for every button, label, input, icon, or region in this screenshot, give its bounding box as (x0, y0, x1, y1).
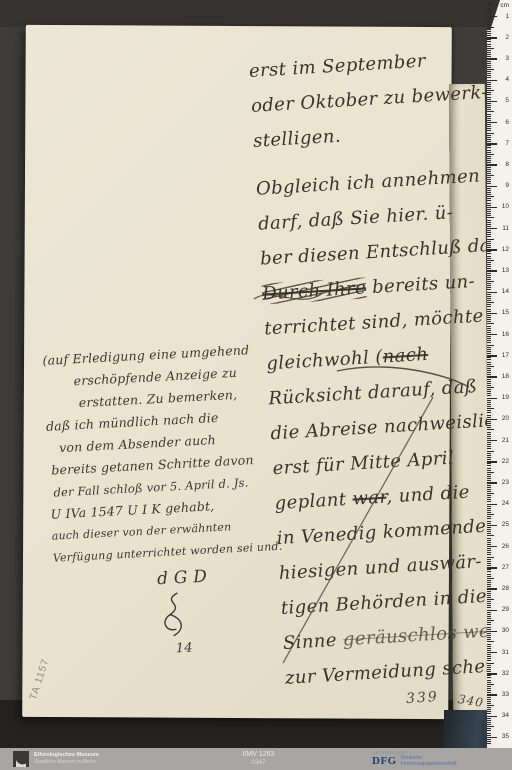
ruler-tick (487, 300, 491, 301)
ruler-tick (487, 410, 491, 411)
ruler-tick (487, 190, 491, 191)
ruler-tick (487, 317, 491, 318)
ruler-tick (487, 637, 491, 638)
ruler-tick (487, 156, 491, 157)
ruler-tick (487, 188, 491, 189)
ruler-tick (487, 741, 491, 742)
handwriting-segment: stelligen. (253, 126, 342, 152)
ruler-tick (487, 277, 491, 278)
ruler-tick (487, 3, 491, 4)
ruler-tick (487, 446, 491, 447)
ruler-tick (487, 24, 491, 25)
ruler-tick (487, 408, 494, 409)
ruler-tick (487, 529, 491, 530)
ruler-tick (487, 658, 491, 659)
ruler-tick (487, 226, 491, 227)
ruler-tick (487, 402, 491, 403)
ruler-tick (487, 124, 491, 125)
ruler-tick (487, 474, 491, 475)
ruler-number: 29 (502, 606, 509, 613)
ruler-tick (487, 20, 491, 21)
ruler-tick (487, 364, 491, 365)
ruler-tick (487, 412, 491, 413)
ruler-tick (487, 703, 491, 704)
ruler-tick (487, 239, 494, 240)
footer-museum: Ethnologisches Museum Staatliche Museen … (13, 751, 173, 767)
ruler-tick (487, 603, 491, 604)
ruler-tick (487, 370, 491, 371)
ruler-tick (487, 582, 491, 583)
ruler-tick (487, 654, 491, 655)
ruler-tick (487, 417, 491, 418)
ruler-tick (487, 671, 491, 672)
ruler-tick (487, 90, 494, 91)
ruler-number: 8 (505, 161, 509, 168)
ruler-tick (487, 739, 491, 740)
ruler-tick (487, 160, 491, 161)
ruler-tick (487, 565, 491, 566)
ruler-tick (487, 722, 491, 723)
ruler-tick (487, 5, 494, 6)
marginal-annotation-block: (auf Erledigung eine umgehenderschöpfend… (42, 339, 273, 667)
ruler-tick (487, 506, 491, 507)
ruler-tick (487, 480, 491, 481)
ruler-tick (487, 179, 491, 180)
ruler-tick (487, 84, 491, 85)
ruler-tick (487, 453, 491, 454)
ruler-tick (487, 527, 491, 528)
ruler-tick (487, 150, 491, 151)
ruler-number: 17 (502, 352, 509, 359)
ruler-tick (487, 571, 491, 572)
ruler-tick (487, 39, 491, 40)
ruler-tick (487, 709, 491, 710)
ruler-tick (487, 468, 491, 469)
ruler-tick (487, 338, 491, 339)
ruler-tick (487, 220, 491, 221)
ruler-tick (487, 472, 494, 473)
ruler-tick (487, 217, 494, 218)
ruler-tick (487, 728, 491, 729)
ruler-tick (487, 31, 491, 32)
ruler-tick (487, 538, 491, 539)
ruler-tick (487, 593, 491, 594)
ruler-tick (487, 650, 491, 651)
ruler-tick (487, 495, 491, 496)
ruler-tick (487, 27, 494, 28)
ruler-tick (487, 111, 494, 112)
ruler-unit-label: cm (500, 2, 509, 9)
ruler-number: 32 (502, 670, 509, 677)
ruler-tick (487, 427, 491, 428)
ruler-tick (487, 215, 491, 216)
ruler-tick (487, 251, 491, 252)
ruler-tick (487, 733, 491, 734)
ruler-number: 15 (502, 309, 509, 316)
handwriting-segment: erst im September (248, 50, 426, 81)
ruler-tick (487, 169, 491, 170)
ruler-tick (487, 743, 491, 744)
ruler-tick (487, 10, 491, 11)
ruler-tick (487, 162, 491, 163)
ruler-tick (487, 289, 491, 290)
ruler-tick (487, 268, 491, 269)
ruler-tick (487, 697, 491, 698)
ruler-tick (487, 557, 494, 558)
ruler-tick (487, 273, 491, 274)
ruler-tick (487, 141, 491, 142)
ruler-tick (487, 726, 494, 727)
ruler-tick (487, 550, 491, 551)
ruler-tick (487, 209, 491, 210)
ruler-tick (487, 48, 494, 49)
ruler-number: 35 (502, 733, 509, 740)
ruler-number: 1 (505, 13, 509, 20)
ruler-tick (487, 213, 491, 214)
ruler-number: 22 (502, 458, 509, 465)
ruler-tick (487, 294, 491, 295)
ruler-tick (487, 139, 491, 140)
ruler-tick (487, 415, 491, 416)
ruler-tick (487, 699, 491, 700)
ruler-tick (487, 646, 491, 647)
ruler-tick (487, 145, 491, 146)
ruler-tick (487, 349, 491, 350)
ruler-tick (487, 372, 491, 373)
ruler-number: 4 (505, 76, 509, 83)
ruler-tick (487, 491, 491, 492)
ruler-tick (487, 336, 491, 337)
ruler-tick (487, 275, 491, 276)
ruler-tick (487, 116, 491, 117)
ruler-tick (487, 75, 491, 76)
ruler-tick (487, 518, 491, 519)
ruler-tick (487, 514, 494, 515)
ruler-tick (487, 548, 491, 549)
ruler-tick (487, 245, 491, 246)
viewer-footer: Ethnologisches Museum Staatliche Museen … (0, 748, 512, 770)
ruler-number: 11 (502, 225, 509, 232)
ruler-tick (487, 33, 491, 34)
ruler-tick (487, 198, 491, 199)
ruler-tick (487, 707, 491, 708)
ruler-number: 12 (502, 246, 509, 253)
ruler-tick (487, 622, 491, 623)
ruler-number: 24 (502, 500, 509, 507)
ruler-tick (487, 383, 491, 384)
ruler-tick (487, 512, 491, 513)
ruler-tick (487, 298, 491, 299)
ruler-tick (487, 224, 491, 225)
ruler-tick (487, 648, 491, 649)
ruler-tick (487, 330, 491, 331)
ruler-tick (487, 351, 491, 352)
ruler-tick (487, 232, 491, 233)
museum-subtitle: Staatliche Museen zu Berlin (34, 759, 99, 765)
ruler-tick (487, 667, 491, 668)
funder-name-line2: Forschungsgemeinschaft (401, 761, 457, 767)
ruler-tick (487, 724, 491, 725)
handwriting-segment: hiesigen und auswär- (278, 551, 482, 584)
ruler-tick (487, 283, 491, 284)
ruler-tick (487, 65, 491, 66)
ruler-tick (487, 260, 494, 261)
ruler-tick (487, 379, 491, 380)
ruler-tick (487, 120, 491, 121)
ruler-number: 27 (502, 564, 509, 571)
ruler-tick (487, 105, 491, 106)
ruler-tick (487, 323, 494, 324)
ruler-tick (487, 669, 491, 670)
ruler-tick (487, 222, 491, 223)
ruler-tick (487, 406, 491, 407)
ruler-tick (487, 46, 491, 47)
ruler-number: 2 (505, 34, 509, 41)
ruler-number: 26 (502, 543, 509, 550)
ruler-tick (487, 73, 491, 74)
ruler-tick (487, 97, 491, 98)
ruler-tick (487, 130, 491, 131)
ruler-tick (487, 624, 491, 625)
ruler-tick (487, 353, 491, 354)
ruler-tick (487, 107, 491, 108)
ruler-tick (487, 434, 491, 435)
ruler-tick (487, 175, 494, 176)
ruler-tick (487, 357, 491, 358)
ruler-tick (487, 118, 491, 119)
ruler-tick (487, 154, 494, 155)
ruler-tick (487, 627, 491, 628)
ruler-tick (487, 690, 491, 691)
ruler-tick (487, 389, 491, 390)
ruler-tick (487, 281, 494, 282)
ruler-tick (487, 103, 491, 104)
ruler-tick (487, 332, 491, 333)
ruler-number: 13 (502, 267, 509, 274)
footer-shelfmark: I/MV 1263 0347 (173, 750, 344, 768)
ruler-number: 9 (505, 182, 509, 189)
ruler-tick (487, 432, 491, 433)
ruler-tick (487, 442, 491, 443)
handwriting-segment: nach (382, 344, 429, 368)
ruler-tick (487, 61, 491, 62)
ruler-tick (487, 50, 491, 51)
ruler-tick (487, 429, 494, 430)
scan-number: 0347 (173, 759, 344, 767)
ruler: cm 1234567891011121314151617181920212223… (487, 0, 512, 748)
ruler-number: 34 (502, 712, 509, 719)
ruler-tick (487, 374, 491, 375)
ruler-tick (487, 167, 491, 168)
ruler-tick (487, 510, 491, 511)
ruler-tick (487, 540, 491, 541)
handwriting-segment: Rücksicht darauf, daß (268, 376, 478, 409)
ruler-tick (487, 359, 491, 360)
ruler-tick (487, 641, 494, 642)
ruler-tick (487, 18, 491, 19)
ruler-tick (487, 56, 491, 57)
ruler-tick (487, 493, 494, 494)
ruler-tick (487, 436, 491, 437)
ruler-tick (487, 597, 491, 598)
ruler-tick (487, 362, 491, 363)
ruler-tick (487, 523, 491, 524)
ruler-tick (487, 345, 494, 346)
ruler-tick (487, 400, 491, 401)
ruler-tick (487, 340, 491, 341)
ruler-tick (487, 501, 491, 502)
ruler-tick (487, 321, 491, 322)
ruler-tick (487, 234, 491, 235)
ruler-tick (487, 114, 491, 115)
ruler-number: 7 (505, 140, 509, 147)
ruler-tick (487, 713, 491, 714)
ruler-tick (487, 99, 491, 100)
ruler-tick (487, 478, 491, 479)
ruler-tick (487, 309, 491, 310)
ruler-tick (487, 29, 491, 30)
ruler-tick (487, 381, 491, 382)
ruler-tick (487, 304, 491, 305)
ruler-tick (487, 71, 491, 72)
ruler-tick (487, 614, 491, 615)
ruler-tick (487, 448, 491, 449)
ruler-tick (487, 508, 491, 509)
ruler-number: 5 (505, 97, 509, 104)
ruler-tick (487, 395, 491, 396)
handwriting-segment: zur Vermeidung schei- (284, 655, 498, 689)
ruler-tick (487, 135, 491, 136)
ruler-tick (487, 633, 491, 634)
ruler-tick (487, 326, 491, 327)
ruler-tick (487, 580, 491, 581)
ruler-tick (487, 393, 491, 394)
ruler-tick (487, 663, 494, 664)
ruler-tick (487, 692, 491, 693)
ruler-number: 14 (502, 288, 509, 295)
ruler-tick (487, 531, 491, 532)
ruler-tick (487, 463, 491, 464)
ruler-tick (487, 152, 491, 153)
ruler-tick (487, 173, 491, 174)
ruler-tick (487, 542, 491, 543)
ruler-tick (487, 14, 491, 15)
ruler-tick (487, 262, 491, 263)
ruler-tick (487, 77, 491, 78)
ruler-tick (487, 247, 491, 248)
handwriting-segment: erst für Mitte April (272, 448, 455, 480)
ruler-tick (487, 315, 491, 316)
handwriting-segment: oder Oktober zu bewerk- (250, 82, 488, 117)
ruler-tick (487, 591, 491, 592)
ruler-tick (487, 319, 491, 320)
ruler-tick (487, 196, 494, 197)
ruler-tick (487, 205, 491, 206)
ruler-tick (487, 366, 494, 367)
ruler-tick (487, 457, 491, 458)
ruler-tick (487, 688, 491, 689)
ruler-tick (487, 701, 491, 702)
ruler-tick (487, 599, 494, 600)
ruler-tick (487, 88, 491, 89)
ruler-tick (487, 236, 491, 237)
ruler-tick (487, 147, 491, 148)
ruler-tick (487, 181, 491, 182)
ruler-tick (487, 499, 491, 500)
ruler-tick (487, 616, 491, 617)
ruler-tick (487, 253, 491, 254)
ruler-tick (487, 128, 491, 129)
ruler-tick (487, 601, 491, 602)
ruler-tick (487, 421, 491, 422)
ruler-number: 21 (502, 437, 509, 444)
ruler-tick (487, 561, 491, 562)
ruler-tick (487, 559, 491, 560)
ruler-tick (487, 211, 491, 212)
ruler-tick (487, 328, 491, 329)
ruler-tick (487, 404, 491, 405)
page-number-339: 339 (405, 689, 439, 707)
ruler-tick (487, 391, 491, 392)
ruler-tick (487, 686, 491, 687)
ruler-tick (487, 684, 494, 685)
handwriting-segment: war (352, 487, 387, 510)
ruler-tick (487, 718, 491, 719)
ruler-number: 20 (502, 415, 509, 422)
ruler-tick (487, 569, 491, 570)
ruler-tick (487, 230, 491, 231)
ruler-tick (487, 586, 491, 587)
ruler-tick (487, 485, 491, 486)
ruler-tick (487, 533, 491, 534)
ruler-tick (487, 385, 491, 386)
ruler-number: 33 (502, 691, 509, 698)
ruler-tick (487, 387, 494, 388)
ruler-tick (487, 438, 491, 439)
ruler-tick (487, 137, 491, 138)
ruler-tick (487, 682, 491, 683)
ruler-number: 30 (502, 627, 509, 634)
ruler-tick (487, 470, 491, 471)
ruler-tick (487, 629, 491, 630)
ruler-tick (487, 639, 491, 640)
ruler-tick (487, 347, 491, 348)
ruler-tick (487, 425, 491, 426)
ruler-tick (487, 711, 491, 712)
ruler-tick (487, 302, 494, 303)
handwriting-segment: , und die (386, 482, 471, 508)
ruler-tick (487, 311, 491, 312)
ruler-tick (487, 563, 491, 564)
ruler-tick (487, 516, 491, 517)
ruler-tick (487, 544, 491, 545)
ruler-tick (487, 584, 491, 585)
ruler-tick (487, 554, 491, 555)
ruler-tick (487, 63, 491, 64)
ruler-tick (487, 595, 491, 596)
ruler-tick (487, 735, 491, 736)
ruler-tick (487, 578, 494, 579)
ruler-number: 28 (502, 585, 509, 592)
ruler-tick (487, 92, 491, 93)
ruler-number: 23 (502, 479, 509, 486)
ruler-tick (487, 82, 491, 83)
ruler-tick (487, 171, 491, 172)
annotation-signature: d G D (157, 562, 270, 590)
ruler-tick (487, 677, 491, 678)
ruler-tick (487, 8, 491, 9)
ruler-number: 16 (502, 331, 509, 338)
